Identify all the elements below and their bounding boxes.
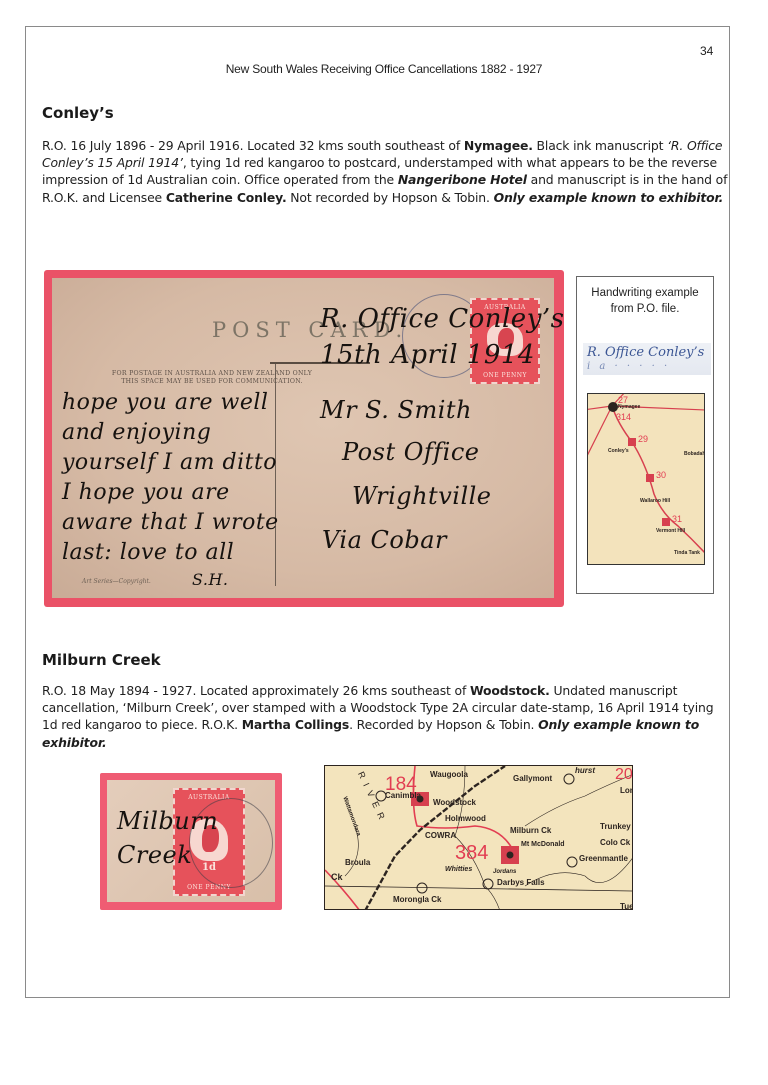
- piece-mount: AUSTRALIA 1d ONE PENNY Milburn Creek: [100, 773, 282, 910]
- text-run: Nymagee.: [464, 138, 533, 153]
- divider: [275, 364, 276, 586]
- office-marker-icon: [662, 518, 670, 526]
- postcard-notice: FOR POSTAGE IN AUSTRALIA AND NEW ZEALAND…: [82, 370, 342, 386]
- map-number: 30: [656, 470, 666, 480]
- map-label: Conley’s: [608, 448, 629, 454]
- map-label: Tuena: [620, 902, 633, 910]
- message-line: I hope you are: [62, 480, 230, 505]
- postcard: POST CARD. FOR POSTAGE IN AUSTRALIA AND …: [52, 278, 554, 598]
- map-number: 27: [618, 395, 628, 405]
- map-label: Broula: [345, 858, 370, 867]
- text-run: Catherine Conley.: [166, 190, 287, 205]
- address-line: Mr S. Smith: [320, 396, 472, 424]
- message-line: and enjoying: [62, 420, 211, 445]
- message-line: yourself I am ditto: [62, 450, 277, 475]
- map-label: Trunkey C: [600, 822, 633, 831]
- notice-line: THIS SPACE MAY BE USED FOR COMMUNICATION…: [82, 378, 342, 386]
- section-title-milburn: Milburn Creek: [42, 651, 161, 669]
- text-run: R.O. 16 July 1896 - 29 April 1916. Locat…: [42, 138, 464, 153]
- text-run: Nangeribone Hotel: [398, 172, 527, 187]
- map-label: Woodstock: [433, 798, 476, 807]
- map-label: Jordans: [493, 869, 516, 875]
- map-number: 184: [385, 774, 417, 796]
- handwriting-sample-text: R. Office Conley’s: [587, 345, 704, 360]
- map-label: Waugoola: [430, 770, 468, 779]
- map-label: Wallaroo Hill: [640, 498, 670, 504]
- notice-line: FOR POSTAGE IN AUSTRALIA AND NEW ZEALAND…: [82, 370, 342, 378]
- postcard-mount: POST CARD. FOR POSTAGE IN AUSTRALIA AND …: [44, 270, 564, 607]
- manuscript-cancel-line: 15th April 1914: [320, 340, 535, 370]
- area-map-milburn: Waugoola Gallymont Canimbla Woodstock Ho…: [324, 765, 633, 910]
- map-number: 29: [638, 434, 648, 444]
- text-run: Black ink manuscript: [533, 138, 667, 153]
- map-number: 384: [455, 842, 488, 865]
- section-title-conleys: Conley’s: [42, 104, 114, 122]
- page-number: 34: [700, 44, 713, 58]
- text-run: R.O. 18 May 1894 - 1927. Located approxi…: [42, 683, 470, 698]
- map-number: 314: [616, 412, 631, 422]
- map-label: Tinda Tank: [674, 550, 700, 556]
- map-label: hurst: [575, 766, 595, 775]
- message-signature: S.H.: [192, 570, 229, 589]
- text-run: Not recorded by Hopson & Tobin.: [287, 190, 494, 205]
- manuscript-cancel: Milburn Creek: [117, 804, 267, 872]
- map-label: Holmwood: [445, 814, 486, 823]
- map-label: Bobadah: [684, 451, 705, 457]
- section-body-conleys: R.O. 16 July 1896 - 29 April 1916. Locat…: [42, 137, 732, 206]
- text-run: Only example known to exhibitor.: [494, 190, 724, 205]
- map-label: Whitties: [445, 866, 472, 873]
- map-label: Greenmantle: [579, 854, 628, 863]
- address-line: Wrightville: [352, 482, 492, 510]
- handwriting-example-box: Handwriting example from P.O. file. R. O…: [576, 276, 714, 594]
- text-run: . Recorded by Hopson & Tobin.: [349, 717, 538, 732]
- message-line: aware that I wrote: [62, 510, 279, 535]
- handwriting-caption: Handwriting example from P.O. file.: [577, 285, 713, 317]
- map-label: Gallymont: [513, 774, 552, 783]
- map-label: Morongla Ck: [393, 895, 441, 904]
- office-marker-icon: [646, 474, 654, 482]
- map-label: Darbys Falls: [497, 878, 545, 887]
- stamp-text: ONE PENNY: [472, 372, 538, 379]
- map-label: Ck: [331, 872, 343, 882]
- map-label: COWRA: [425, 831, 456, 840]
- message-line: hope you are well: [62, 390, 268, 415]
- stamp-piece: AUSTRALIA 1d ONE PENNY Milburn Creek: [107, 780, 275, 902]
- text-run: Woodstock.: [470, 683, 550, 698]
- map-label: Milburn Ck: [510, 826, 551, 835]
- postcard-copyright: Art Series—Copyright.: [82, 578, 151, 585]
- section-body-milburn: R.O. 18 May 1894 - 1927. Located approxi…: [42, 682, 732, 751]
- town-marker-icon: [608, 402, 618, 412]
- route-map-conleys: Nymagee 27 314 29 Conley’s Bobadah 30 Wa…: [587, 393, 705, 565]
- map-number: 204: [615, 766, 633, 784]
- map-label: Mt McDonald: [521, 841, 565, 848]
- address-line: Via Cobar: [322, 526, 447, 554]
- map-label: Long: [620, 786, 633, 795]
- message-line: last: love to all: [62, 540, 234, 565]
- manuscript-cancel-line: R. Office Conley’s: [320, 304, 565, 334]
- handwriting-sample: R. Office Conley’s i a · · · · ·: [583, 343, 711, 375]
- map-number: 31: [672, 514, 682, 524]
- map-label: Colo Ck: [600, 838, 630, 847]
- office-marker-icon: [628, 438, 636, 446]
- running-head: New South Wales Receiving Office Cancell…: [0, 62, 768, 76]
- map-label: Vermont Hill: [656, 528, 685, 534]
- address-line: Post Office: [342, 438, 479, 466]
- text-run: Martha Collings: [242, 717, 349, 732]
